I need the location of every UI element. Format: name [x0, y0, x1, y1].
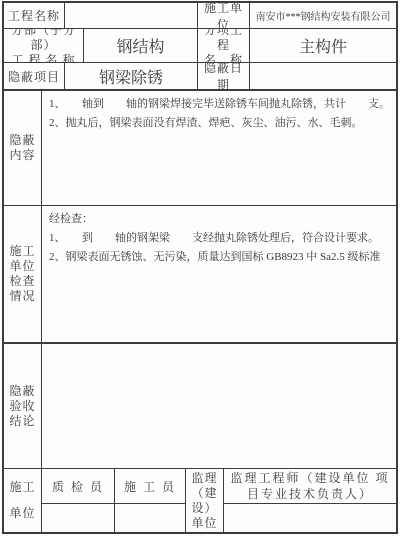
supervisor-label-line4: 单位 [191, 516, 217, 531]
hidden-content-label-line1: 隐蔽 [9, 133, 35, 148]
engineer-signature-area [224, 504, 396, 532]
subitem-label-line2: 名 称 [204, 53, 243, 62]
hidden-content-line1: 1、 轴到 轴的钢梁焊接完毕送除锈车间抛丸除锈，共计 支。 [49, 95, 390, 114]
constructor-unit-label-line2: 单位 [9, 506, 35, 521]
row-inspection: 施工 单位 检查 情况 经检查： 1、 到 轴的钢架梁 支经抛丸除锈处理后，符合… [4, 206, 396, 344]
hidden-content-label: 隐蔽 内容 [4, 91, 42, 205]
constructor-unit-label-line1: 施工 [9, 480, 35, 495]
subitem-value: 主构件 [250, 29, 396, 62]
conclusion-label-line2: 验收 [9, 399, 35, 414]
subitem-label: 分项工程 名 称 [198, 29, 250, 62]
construction-unit-label: 施工单位 [198, 3, 250, 28]
inspection-label-line1: 施工 [9, 244, 35, 259]
builder-signature-area [115, 504, 185, 532]
hidden-date-label: 隐蔽日期 [198, 63, 250, 89]
inspection-line1: 经检查： [49, 210, 93, 229]
subdivision-label-line2: 工 程 名 称 [11, 53, 75, 62]
inspection-line2: 1、 到 轴的钢架梁 支经抛丸除锈处理后，符合设计要求。 [49, 229, 379, 248]
supervisor-unit-label: 监理 （建 设） 单位 [186, 469, 224, 532]
qc-inspector-column: 质 检 员 [42, 469, 115, 532]
hidden-item-value: 钢梁除锈 [65, 63, 198, 89]
project-name-label: 工程名称 [4, 3, 65, 28]
row-signatures: 施工 单位 质 检 员 施 工 员 监理 （建 设） 单位 监理工程师（建设 [4, 469, 396, 532]
hidden-content-line2: 2、抛丸后，钢梁表面没有焊渣、焊疤、灰尘、油污、水、毛刺。 [49, 114, 363, 133]
row-hidden-content: 隐蔽 内容 1、 轴到 轴的钢梁焊接完毕送除锈车间抛丸除锈，共计 支。 2、抛丸… [4, 91, 396, 206]
conclusion-value [42, 344, 396, 468]
engineer-label-lines: 监理工程师（建设单位 项目专业技术负责人） [224, 470, 396, 502]
hidden-date-value [250, 63, 396, 89]
conclusion-label-line3: 结论 [9, 414, 35, 429]
scanned-form-page: 工程名称 施工单位 南安市***钢结构安装有限公司 分部（子分部） 工 程 名 … [0, 0, 400, 536]
row-hidden-item: 隐蔽项目 钢梁除锈 隐蔽日期 [4, 63, 396, 91]
engineer-label-line1: 监理工程师（建设单位 [230, 471, 370, 485]
supervisor-label-line2: （建 [191, 486, 217, 501]
row-subdivision: 分部（子分部） 工 程 名 称 钢结构 分项工程 名 称 主构件 [4, 29, 396, 63]
inspection-label-line4: 情况 [9, 289, 35, 304]
constructor-unit-label: 施工 单位 [4, 469, 42, 532]
hidden-content-text: 1、 轴到 轴的钢梁焊接完毕送除锈车间抛丸除锈，共计 支。 2、抛丸后，钢梁表面… [42, 91, 396, 205]
subdivision-label: 分部（子分部） 工 程 名 称 [4, 29, 84, 62]
inspection-text: 经检查： 1、 到 轴的钢架梁 支经抛丸除锈处理后，符合设计要求。 2、钢梁表面… [42, 206, 396, 342]
row-conclusion: 隐蔽 验收 结论 [4, 344, 396, 469]
construction-unit-value: 南安市***钢结构安装有限公司 [250, 3, 396, 28]
conclusion-label-line1: 隐蔽 [9, 384, 35, 399]
supervisor-label-line1: 监理 [191, 471, 217, 486]
inspection-form-table: 工程名称 施工单位 南安市***钢结构安装有限公司 分部（子分部） 工 程 名 … [2, 1, 398, 534]
qc-inspector-signature-area [42, 504, 114, 532]
builder-column: 施 工 员 [115, 469, 186, 532]
supervisor-label-line3: 设） [191, 501, 217, 516]
inspection-label-line2: 单位 [9, 259, 35, 274]
inspection-label-line3: 检查 [9, 274, 35, 289]
hidden-content-label-line2: 内容 [9, 148, 35, 163]
inspection-label: 施工 单位 检查 情况 [4, 206, 42, 342]
subdivision-label-line1: 分部（子分部） [4, 29, 83, 53]
row-project: 工程名称 施工单位 南安市***钢结构安装有限公司 [4, 3, 396, 29]
conclusion-label: 隐蔽 验收 结论 [4, 344, 42, 468]
engineer-column: 监理工程师（建设单位 项目专业技术负责人） [224, 469, 396, 532]
engineer-label: 监理工程师（建设单位 项目专业技术负责人） [224, 469, 396, 504]
project-name-value [65, 3, 198, 28]
hidden-item-label: 隐蔽项目 [4, 63, 65, 89]
subitem-label-line1: 分项工程 [198, 29, 249, 53]
inspection-line3: 2、钢梁表面无锈蚀、无污染，质量达到国标 GB8923 中 Sa2.5 级标准 [49, 248, 381, 267]
qc-inspector-label: 质 检 员 [42, 469, 114, 504]
subdivision-value: 钢结构 [84, 29, 198, 62]
builder-label: 施 工 员 [115, 469, 185, 504]
